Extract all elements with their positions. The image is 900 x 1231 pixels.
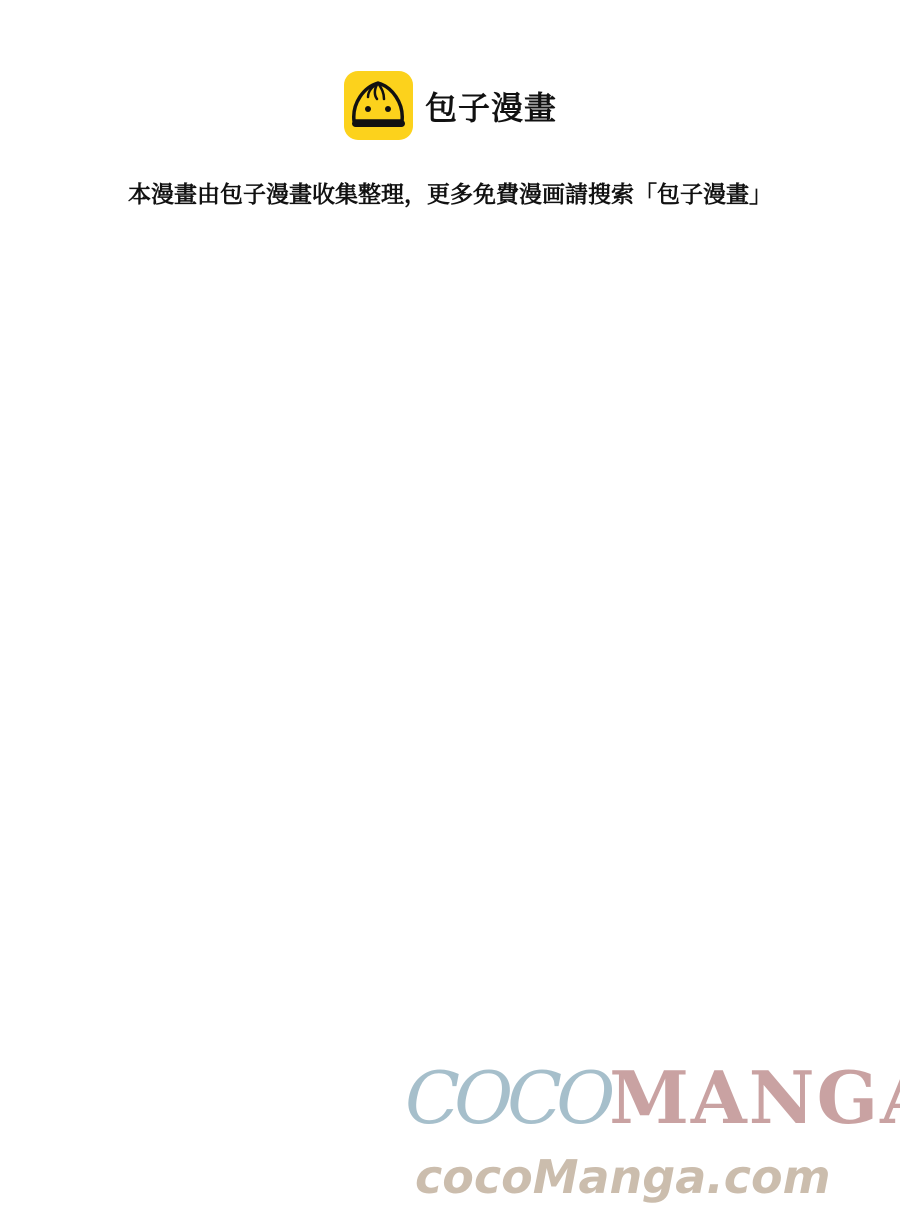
- brand-name: 包子漫畫: [425, 83, 557, 129]
- brand-header: 包子漫畫: [344, 71, 557, 140]
- watermark-url: cocoManga.com: [415, 1150, 831, 1204]
- watermark-manga: MANGA: [609, 1055, 900, 1140]
- watermark-coco: COCO: [405, 1056, 609, 1140]
- bun-mascot-icon: [344, 71, 413, 140]
- watermark-logo: COCOMANGA: [405, 1055, 900, 1140]
- collection-notice: 本漫畫由包子漫畫收集整理，更多免費漫画請搜索「包子漫畫」: [0, 176, 900, 209]
